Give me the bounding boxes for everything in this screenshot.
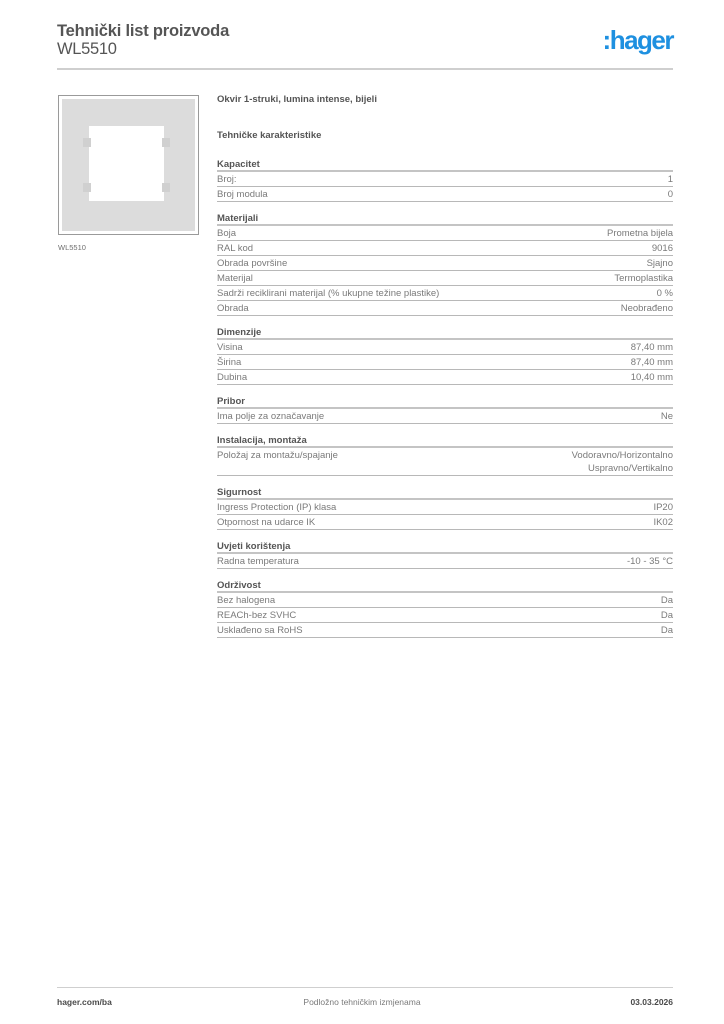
document-title: Tehnički list proizvoda <box>57 22 229 41</box>
footer-date: 03.03.2026 <box>630 997 673 1007</box>
spec-value: 10,40 mm <box>631 371 673 384</box>
spec-row: Ingress Protection (IP) klasaIP20 <box>217 500 673 515</box>
spec-value: 1 <box>668 173 673 186</box>
frame-clip <box>83 183 91 192</box>
spec-row: Dubina10,40 mm <box>217 370 673 385</box>
spec-label: Visina <box>217 341 243 354</box>
spec-value: Prometna bijela <box>607 227 673 240</box>
spec-label: Bez halogena <box>217 594 275 607</box>
spec-row: Otpornost na udarce IKIK02 <box>217 515 673 530</box>
spec-group: OdrživostBez halogenaDaREACh-bez SVHCDaU… <box>217 579 673 638</box>
spec-group: PriborIma polje za označavanjeNe <box>217 395 673 424</box>
product-code: WL5510 <box>57 40 117 59</box>
spec-value: Vodoravno/Horizontalno Uspravno/Vertikal… <box>572 449 673 475</box>
spec-row: Visina87,40 mm <box>217 340 673 355</box>
spec-row: Sadrži reciklirani materijal (% ukupne t… <box>217 286 673 301</box>
spec-label: Ingress Protection (IP) klasa <box>217 501 336 514</box>
spec-label: Položaj za montažu/spajanje <box>217 449 338 462</box>
spec-label: Boja <box>217 227 236 240</box>
spec-value: IK02 <box>653 516 673 529</box>
spec-row: Broj modula0 <box>217 187 673 202</box>
spec-label: Usklađeno sa RoHS <box>217 624 303 637</box>
spec-label: Sadrži reciklirani materijal (% ukupne t… <box>217 287 439 300</box>
spec-value: 0 <box>668 188 673 201</box>
spec-label: Širina <box>217 356 241 369</box>
spec-group-title: Dimenzije <box>217 326 673 340</box>
spec-value: 9016 <box>652 242 673 255</box>
spec-row: Ima polje za označavanjeNe <box>217 409 673 424</box>
spec-row: Broj:1 <box>217 172 673 187</box>
spec-value: 87,40 mm <box>631 356 673 369</box>
header-divider <box>57 68 673 70</box>
footer-divider <box>57 987 673 988</box>
spec-group: Instalacija, montažaPoložaj za montažu/s… <box>217 434 673 476</box>
product-name: Okvir 1-struki, lumina intense, bijeli <box>217 94 673 108</box>
image-caption: WL5510 <box>58 243 86 252</box>
spec-value: Sjajno <box>647 257 673 270</box>
frame-clip <box>83 138 91 147</box>
product-image <box>58 95 199 235</box>
spec-label: Radna temperatura <box>217 555 299 568</box>
spec-group-title: Održivost <box>217 579 673 593</box>
spec-row: Bez halogenaDa <box>217 593 673 608</box>
spec-group-title: Materijali <box>217 212 673 226</box>
spec-group: MaterijaliBojaPrometna bijelaRAL kod9016… <box>217 212 673 316</box>
spec-value: -10 - 35 °C <box>627 555 673 568</box>
spec-label: Obrada <box>217 302 249 315</box>
spec-value: Da <box>661 624 673 637</box>
spec-value: Termoplastika <box>614 272 673 285</box>
spec-group: KapacitetBroj:1Broj modula0 <box>217 158 673 202</box>
spec-row: REACh-bez SVHCDa <box>217 608 673 623</box>
spec-label: Broj modula <box>217 188 268 201</box>
spec-row: MaterijalTermoplastika <box>217 271 673 286</box>
spec-label: Broj: <box>217 173 237 186</box>
frame-clip <box>162 138 170 147</box>
footer-notice: Podložno tehničkim izmjenama <box>0 997 724 1007</box>
spec-section: Okvir 1-struki, lumina intense, bijeli T… <box>217 94 673 638</box>
spec-group-title: Uvjeti korištenja <box>217 540 673 554</box>
spec-group: SigurnostIngress Protection (IP) klasaIP… <box>217 486 673 530</box>
spec-label: Obrada površine <box>217 257 287 270</box>
spec-value: Da <box>661 609 673 622</box>
spec-value: Ne <box>661 410 673 423</box>
spec-row: Radna temperatura-10 - 35 °C <box>217 554 673 569</box>
spec-group-title: Sigurnost <box>217 486 673 500</box>
spec-value: Da <box>661 594 673 607</box>
spec-label: Otpornost na udarce IK <box>217 516 315 529</box>
spec-label: RAL kod <box>217 242 253 255</box>
spec-label: Materijal <box>217 272 253 285</box>
spec-group-title: Instalacija, montaža <box>217 434 673 448</box>
spec-row: Položaj za montažu/spajanjeVodoravno/Hor… <box>217 448 673 476</box>
technical-characteristics-heading: Tehničke karakteristike <box>217 130 673 144</box>
spec-label: Dubina <box>217 371 247 384</box>
frame-illustration <box>62 99 195 231</box>
spec-group-title: Kapacitet <box>217 158 673 172</box>
spec-label: REACh-bez SVHC <box>217 609 296 622</box>
frame-opening <box>89 126 164 201</box>
spec-value: IP20 <box>653 501 673 514</box>
spec-label: Ima polje za označavanje <box>217 410 324 423</box>
hager-logo: :hager <box>603 25 673 56</box>
spec-value: 0 % <box>657 287 673 300</box>
page-header: Tehnički list proizvoda WL5510 :hager <box>57 20 673 70</box>
spec-group-title: Pribor <box>217 395 673 409</box>
spec-row: Usklađeno sa RoHSDa <box>217 623 673 638</box>
spec-value: 87,40 mm <box>631 341 673 354</box>
spec-group: Uvjeti korištenjaRadna temperatura-10 - … <box>217 540 673 569</box>
spec-row: BojaPrometna bijela <box>217 226 673 241</box>
spec-row: RAL kod9016 <box>217 241 673 256</box>
spec-row: Obrada površineSjajno <box>217 256 673 271</box>
spec-row: Širina87,40 mm <box>217 355 673 370</box>
spec-value: Neobrađeno <box>621 302 673 315</box>
spec-groups: KapacitetBroj:1Broj modula0MaterijaliBoj… <box>217 158 673 638</box>
spec-group: DimenzijeVisina87,40 mmŠirina87,40 mmDub… <box>217 326 673 385</box>
spec-row: ObradaNeobrađeno <box>217 301 673 316</box>
frame-clip <box>162 183 170 192</box>
